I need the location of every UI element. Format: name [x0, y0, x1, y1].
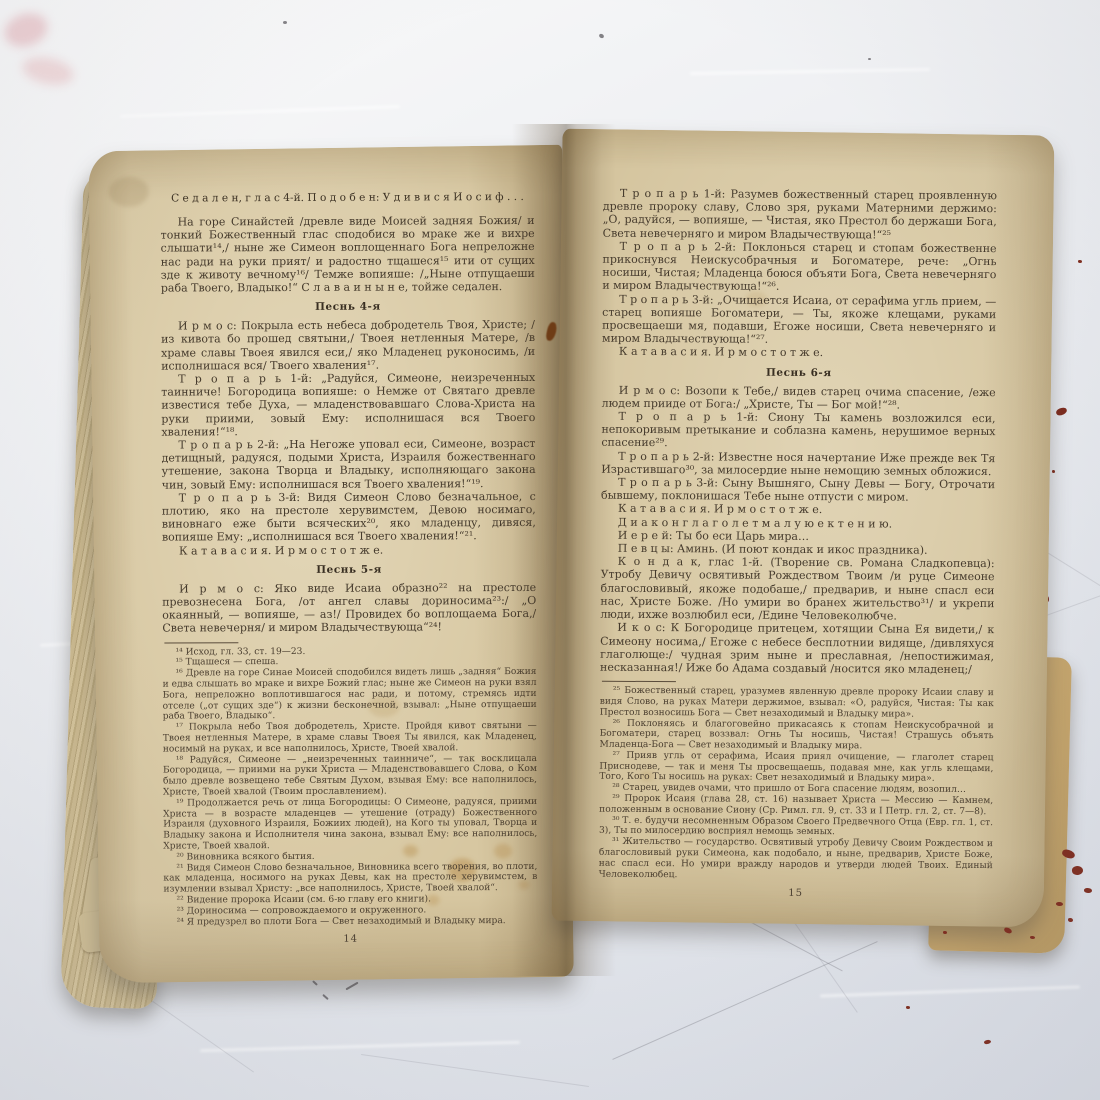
katavasia-5: К а т а в а с и я. И р м о с т о т ж е. [602, 345, 996, 361]
open-book: С е д а л е н, г л а с 4-й. П о д о б е … [60, 120, 1065, 1025]
footnote-31: ³¹ Жительство — государство. Освятивый у… [599, 837, 993, 883]
paint-speck [1068, 918, 1073, 922]
table-speck [283, 21, 287, 24]
irmos-label: И р м о с: [619, 383, 681, 396]
paint-speck [943, 931, 947, 934]
photo-scene: С е д а л е н, г л а с 4-й. П о д о б е … [0, 0, 1100, 1100]
troparion-label: Т р о п а р ь 1-й: [178, 372, 312, 386]
page-number-right: 15 [599, 887, 993, 900]
footnote-24: ²⁴ Я предузрел во плоти Бога — Свет неза… [164, 916, 538, 928]
priest-label: И е р е й: [618, 529, 673, 542]
singers-label: П е в ц ы: [618, 542, 674, 555]
book-page-right: Т р о п а р ь 1-й: Разумев божественный … [551, 129, 1054, 928]
troparion-label: Т р о п а р ь 3-й: [618, 476, 718, 490]
page-left-text: С е д а л е н, г л а с 4-й. П о д о б е … [160, 191, 537, 946]
sedalen-heading: С е д а л е н, г л а с 4-й. П о д о б е … [160, 191, 534, 206]
footnote-rule [164, 642, 238, 643]
page-number-left: 14 [164, 933, 538, 946]
katavasia-label: К а т а в а с и я. [179, 544, 271, 557]
troparion-5-3: Т р о п а р ь 3-й: „Очищается Исаиа, от … [602, 292, 996, 347]
table-scratch [361, 1054, 589, 1087]
irmos-4: И р м о с: Покрыла есть небеса добродете… [161, 318, 535, 372]
troparion-4-3: Т р о п а р ь 3-й: Видя Симеон Слово без… [162, 490, 536, 544]
troparion-label: Т р о п а р ь 3-й: [619, 292, 713, 306]
footnote-29: ²⁹ Пророк Исаия (глава 28, ст. 16) назыв… [599, 794, 993, 818]
footnote-27: ²⁷ Прияв угль от серафима, Исаия приял о… [599, 751, 993, 786]
troparion-4-2: Т р о п а р ь 2-й: „На Негоже уповал еси… [161, 437, 535, 491]
paint-speck [1071, 865, 1083, 876]
katavasia-label: К а т а в а с и я. [618, 502, 710, 516]
sedalen-paragraph: На горе Синайстей /древле виде Моисей за… [161, 214, 535, 295]
footnote-18: ¹⁸ Радуйся, Симеоне — „неизреченных таин… [163, 754, 537, 799]
footnote-25: ²⁵ Божественный старец, уразумев явленну… [600, 686, 994, 721]
troparion-5-1: Т р о п а р ь 1-й: Разумев божественный … [603, 187, 997, 242]
paint-speck [1056, 902, 1063, 906]
footnote-rule [602, 681, 676, 682]
katavasia-4: К а т а в а с и я. И р м о с т о т ж е. [162, 543, 536, 558]
paint-speck [1030, 936, 1035, 939]
footnote-26: ²⁶ Поклоняясь и благоговейно прикасаясь … [600, 718, 994, 753]
song-4-heading: Песнь 4-я [161, 300, 535, 314]
kontakion: К о н д а к, глас 1-й. (Творение св. Ром… [600, 555, 994, 623]
troparion-label: Т р о п а р ь 2-й: [618, 449, 714, 463]
troparion-label: Т р о п а р ь 3-й: [179, 491, 300, 505]
irmos-5: И р м о с: Яко виде Исаиа образно²² на п… [162, 581, 536, 635]
irmos-label: И р м о с: [179, 582, 264, 595]
troparion-6-3: Т р о п а р ь 3-й: Сыну Вышняго, Сыну Де… [601, 476, 995, 505]
table-streak [120, 105, 400, 118]
book-page-left: С е д а л е н, г л а с 4-й. П о д о б е … [88, 145, 574, 984]
troparion-label: Т р о п а р ь 1-й: [620, 187, 726, 201]
table-speck [868, 58, 871, 60]
troparion-6-1: Т р о п а р ь 1-й: Сиону Ты камень возло… [601, 410, 995, 452]
irmos-6: И р м о с: Возопи к Тебе,/ видев старец … [602, 383, 996, 412]
troparion-label: Т р о п а р ь 2-й: [178, 438, 279, 451]
troparion-label: Т р о п а р ь 2-й: [620, 240, 736, 254]
pink-stain [0, 8, 52, 52]
pink-stain [20, 53, 76, 89]
troparion-6-2: Т р о п а р ь 2-й: Известне нося начерта… [601, 449, 995, 478]
footnote-19: ¹⁹ Продолжается речь от лица Богородицы:… [163, 797, 537, 853]
footnote-16: ¹⁶ Древле на горе Синае Моисей сподобилс… [163, 667, 537, 723]
paint-speck [1084, 888, 1092, 893]
footnote-17: ¹⁷ Покрыла небо Твоя добродетель, Христе… [163, 721, 537, 755]
footnote-21: ²¹ Видя Симеон Слово безначальное, Винов… [163, 862, 537, 896]
paint-speck [1078, 260, 1082, 263]
foxing-stain [109, 177, 149, 208]
table-streak [200, 1041, 520, 1052]
table-streak [690, 68, 930, 75]
troparion-label: Т р о п а р ь 1-й: [619, 410, 759, 424]
troparion-5-2: Т р о п а р ь 2-й: Поклонься старец и ст… [602, 240, 996, 295]
footnote-30: ³⁰ Т. е. будучи несомненным Образом Свое… [599, 815, 993, 839]
table-speck [598, 33, 604, 39]
song-6-heading: Песнь 6-я [602, 365, 996, 379]
katavasia-label: К а т а в а с и я. [619, 345, 711, 359]
song-5-heading: Песнь 5-я [162, 563, 536, 577]
irmos-label: И р м о с: [178, 319, 237, 332]
page-right-text: Т р о п а р ь 1-й: Разумев божественный … [599, 187, 997, 901]
ikos: И к о с: К Богородице притецем, хотящии … [600, 621, 994, 676]
paint-speck [984, 1039, 992, 1045]
troparion-4-1: Т р о п а р ь 1-й: „Радуйся, Симеоне, не… [161, 371, 535, 439]
kontakion-label: К о н д а к, глас 1-й. [618, 555, 763, 569]
ikos-label: И к о с: [617, 621, 665, 634]
